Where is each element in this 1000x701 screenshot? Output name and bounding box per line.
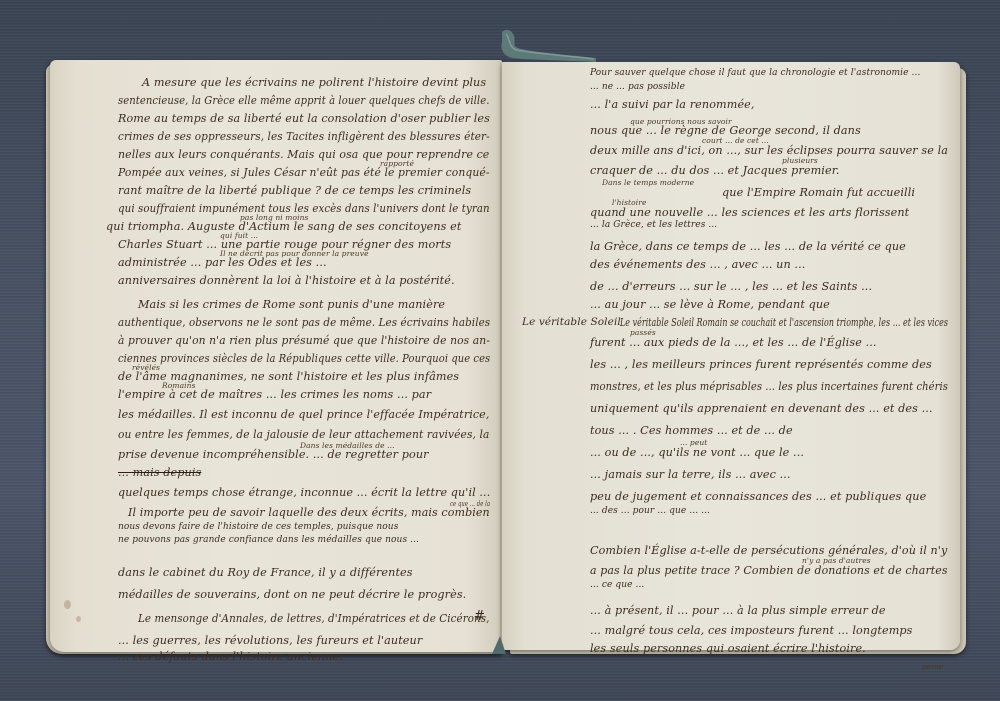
text-line: ... des ... pour ... que ... ... (590, 506, 710, 516)
text-line: les seuls personnes qui osaient écrire l… (590, 642, 866, 655)
text-line: ... les guerres, les révolutions, les fu… (118, 634, 422, 647)
text-line: nous devons faire de l'histoire de ces t… (118, 522, 398, 532)
text-line: crimes de ses oppresseurs, les Tacites i… (118, 130, 490, 143)
text-line: sentencieuse, la Grèce elle même apprit … (118, 94, 489, 107)
text-line: les ... , les meilleurs princes furent r… (590, 358, 932, 371)
ribbon-bookmark-icon (500, 28, 600, 64)
insertion-note: peine (922, 662, 943, 671)
text-line: quand une nouvelle ... les sciences et l… (590, 206, 909, 219)
text-line: dans le cabinet du Roy de France, il y a… (118, 566, 413, 579)
text-line: ... ce que ... (590, 580, 644, 590)
text-line: ... au jour ... se lève à Rome, pendant … (590, 298, 830, 311)
text-line: qui triompha. Auguste d'Actium le sang d… (106, 220, 461, 233)
text-line: monstres, et les plus méprisables ... le… (590, 380, 948, 393)
text-line: anniversaires donnèrent la loi à l'histo… (118, 274, 455, 287)
text-line: Pompée aux veines, si Jules César n'eût … (118, 166, 490, 179)
text-line: deux mille ans d'ici, on ..., sur les éc… (590, 144, 948, 157)
right-page-text: Pour sauver quelque chose il faut que la… (502, 62, 960, 650)
text-line: à prouver qu'on n'a rien plus présumé qu… (118, 334, 490, 347)
right-page: Pour sauver quelque chose il faut que la… (502, 62, 960, 650)
text-line: authentique, observons ne le sont pas de… (118, 316, 490, 329)
text-line: Le mensonge d'Annales, de lettres, d'Imp… (138, 612, 490, 625)
text-line: les médailles. Il est inconnu de quel pr… (118, 408, 489, 421)
text-line: tous ... . Ces hommes ... et de ... de (590, 424, 793, 437)
text-line: l'empire à cet de maîtres ... les crimes… (118, 388, 431, 401)
text-line: furent ... aux pieds de la ..., et les .… (590, 336, 877, 349)
text-line: A mesure que les écrivains ne polirent l… (142, 76, 486, 89)
text-line: Le véritable Soleil Romain se couchait e… (620, 316, 948, 329)
open-manuscript-notebook: A mesure que les écrivains ne polirent l… (0, 0, 1000, 701)
text-line: ne pouvons pas grande confiance dans les… (118, 535, 419, 545)
text-line: rant maître de la liberté publique ? de … (118, 184, 471, 197)
text-line: ciennes provinces siècles de la Républiq… (118, 352, 490, 365)
text-line: ... ne ... pas possible (590, 82, 685, 92)
text-line: ... jamais sur la terre, ils ... avec ..… (590, 468, 791, 481)
text-line: nelles aux leurs conquérants. Mais qui o… (118, 148, 489, 161)
text-line: Il importe peu de savoir laquelle des de… (128, 506, 490, 519)
text-line: Combien l'Église a-t-elle de persécution… (590, 544, 947, 557)
text-line: la Grèce, dans ce temps de ... les ... d… (590, 240, 906, 253)
text-line: ... à présent, il ... pour ... à la plus… (590, 604, 886, 617)
text-line: médailles de souverains, dont on ne peut… (118, 588, 466, 601)
struck-text-line: ... mais depuis (118, 466, 201, 479)
text-line: ou entre les femmes, de la jalousie de l… (118, 428, 489, 441)
ribbon-tail-icon (490, 636, 508, 656)
text-line: que l'Empire Romain fut accueilli (722, 186, 915, 199)
text-line: quelques temps chose étrange, inconnue .… (118, 486, 490, 499)
text-line: peu de jugement et connaissances des ...… (590, 490, 926, 503)
text-line: des événements des ... , avec ... un ... (590, 258, 805, 271)
text-line: ... malgré tous cela, ces imposteurs fur… (590, 624, 913, 637)
margin-note: Le véritable Soleil (522, 316, 621, 328)
left-page: A mesure que les écrivains ne polirent l… (50, 60, 502, 652)
text-line: Mais si les crimes de Rome sont punis d'… (138, 298, 445, 311)
text-line: ... l'a suivi par la renommée, (590, 98, 755, 111)
text-line: ... ou de ..., qu'ils ne vont ... que le… (590, 446, 804, 459)
text-line: craquer de ... du dos ... et Jacques pre… (590, 164, 840, 177)
text-line: de ... d'erreurs ... sur le ... , les ..… (590, 280, 872, 293)
text-line: ... la Grèce, et les lettres ... (590, 220, 717, 230)
insertion-note: Dans le temps moderne (602, 178, 694, 187)
end-mark: # (474, 609, 485, 624)
text-line: a pas la plus petite trace ? Combien de … (590, 564, 948, 577)
text-line: Rome au temps de sa liberté eut la conso… (118, 112, 490, 125)
text-line: Pour sauver quelque chose il faut que la… (590, 68, 920, 78)
text-line: ... ces défauts dans l'histoire ancienne… (118, 650, 343, 663)
left-page-text: A mesure que les écrivains ne polirent l… (50, 60, 502, 652)
text-line: prise devenue incompréhensible. ... de r… (118, 448, 429, 461)
text-line: administrée ... par les Odes et les ... (118, 256, 327, 269)
text-line: uniquement qu'ils apprenaient en devenan… (590, 402, 933, 415)
